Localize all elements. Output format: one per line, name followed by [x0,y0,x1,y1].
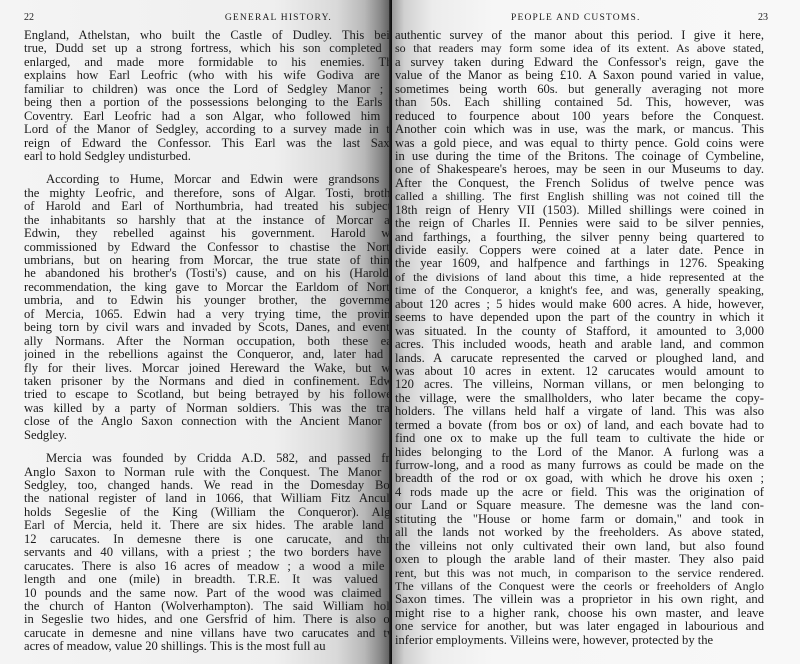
text-line: he abandoned his brother's (Tosti's) cau… [24,267,392,280]
text-line: Sedgley, too, changed hands. We read in … [24,479,392,492]
left-running-title: GENERAL HISTORY. [225,13,332,23]
right-page-number: 23 [758,12,768,23]
text-line: the mighty Leofric, and therefore, sons … [24,187,392,200]
text-line: the year 1609, and halfpence and farthin… [395,257,764,270]
paragraph: According to Hume, Morcar and Edwin were… [24,173,392,442]
text-line: reduced to fourpence about 100 years bef… [395,110,764,123]
text-line: the village, were the smallholders, who … [395,392,764,405]
text-line: rent, but this was not much, in comparis… [395,567,764,580]
text-line: seems to have depended upon the part of … [395,311,764,324]
text-line: Lord of the Manor of Sedgley, according … [24,123,392,136]
text-line: The villans of the Conquest were the ceo… [395,580,764,593]
text-line: the church of Hanton (Wolverhampton). Th… [24,600,392,613]
text-line: holds Segeslie of the King (William the … [24,506,392,519]
text-line: and farthings, a fourthing, the silver p… [395,231,764,244]
text-line: of Mercia, 1065. Edwin had a very trying… [24,308,392,321]
text-line: divide easily. Coppers were coined at a … [395,244,764,257]
text-line: umbria, and to Edwin his younger brother… [24,294,392,307]
right-page: PEOPLE AND CUSTOMS. 23 authentic survey … [392,0,800,664]
text-line: breadth of the rod or ox goad, with whic… [395,472,764,485]
text-line: oxen to plough the arable land of their … [395,553,764,566]
left-running-head: 22 GENERAL HISTORY. [24,12,392,26]
text-line: 10 pounds and the same now. Part of the … [24,587,392,600]
text-line: joined in the rebellions against the Con… [24,348,392,361]
text-line: in use during the time of the Britons. T… [395,150,764,163]
text-line: furrow-long, and a rood as many furrows … [395,459,764,472]
text-line: close of the Anglo Saxon connection with… [24,415,392,428]
text-line: Saxon times. The villein was a proprieto… [395,593,764,606]
text-line: Anglo Saxon to Norman rule with the Conq… [24,466,392,479]
text-line: 120 acres. The villeins, Norman villans,… [395,378,764,391]
text-line: our Land or Square measure. The demesne … [395,499,764,512]
text-line: about 120 acres ; 5 hides would make 600… [395,298,764,311]
text-line: servants and 40 villans, with a priest ;… [24,546,392,559]
text-line: commissioned by Edward the Confessor to … [24,241,392,254]
text-line: inferior employments. Villeins were, how… [395,634,764,647]
text-line: 4 rods made up the acre or field. This w… [395,486,764,499]
paragraph: authentic survey of the manor about this… [395,29,764,647]
text-line: umbrians, but on hearing from Morcar, th… [24,254,392,267]
text-line: called a shilling. The first English shi… [395,190,764,203]
text-line: holders. The villans held half a virgate… [395,405,764,418]
right-running-title: PEOPLE AND CUSTOMS. [511,13,641,23]
text-line: was killed by a party of Norman soldiers… [24,402,392,415]
text-line: of Harold and Earl of Northumbria, had t… [24,200,392,213]
text-line: the reign of Charles II. Pennies were sa… [395,217,764,230]
left-page: 22 GENERAL HISTORY. England, Athelstan, … [0,0,392,664]
text-line: so that readers may form some idea of it… [395,42,764,55]
text-line: length and one (mile) in breadth. T.R.E.… [24,573,392,586]
text-line: was situated. In the county of Stafford,… [395,325,764,338]
right-page-text: authentic survey of the manor about this… [395,29,764,647]
text-line: According to Hume, Morcar and Edwin were… [24,173,392,186]
text-line: Edwin, they rebelled against his governm… [24,227,392,240]
text-line: enlarged, and made more formidable to hi… [24,56,392,69]
text-line: Earl of Mercia, held it. There are six h… [24,519,392,532]
text-line: might rise to a higher rank, choose his … [395,607,764,620]
paragraph: England, Athelstan, who built the Castle… [24,29,392,163]
text-line: ally Normans. After the Norman occupatio… [24,335,392,348]
text-line: carucate in demesne and nine villans hav… [24,627,392,640]
text-line: stituting the "House or home farm or dom… [395,513,764,526]
text-line: authentic survey of the manor about this… [395,29,764,42]
text-line: Coventry. Earl Leofric had a son Algar, … [24,110,392,123]
text-line: carucates. There is also 16 acres of mea… [24,560,392,573]
text-line: was about 10 acres in extent. 12 carucat… [395,365,764,378]
right-running-head: PEOPLE AND CUSTOMS. 23 [395,12,768,26]
text-line: explains how Earl Leofric (who with his … [24,69,392,82]
text-line: of the divisions of land about this time… [395,271,764,284]
text-line: acres. This included woods, heath and ar… [395,338,764,351]
paragraph-gap [24,442,392,452]
text-line: 18th reign of Henry VII (1503). Milled s… [395,204,764,217]
text-line: 12 carucates. In demesne there is one ca… [24,533,392,546]
text-line: one of Shakespeare's heroes, may be seen… [395,163,764,176]
text-line: lands. A carucate represented the carved… [395,352,764,365]
text-line: reign of Edward the Confessor. This Earl… [24,137,392,150]
text-line: recommendation, the king gave to Morcar … [24,281,392,294]
text-line: in Segeslie two hides, and one Gersfrid … [24,613,392,626]
text-line: termed a bovate (from bos or ox) of land… [395,419,764,432]
paragraph: Mercia was founded by Cridda A.D. 582, a… [24,452,392,654]
text-line: Another coin which was in use, was the m… [395,123,764,136]
text-line: earl to hold Sedgley undisturbed. [24,150,392,163]
left-page-text: England, Athelstan, who built the Castle… [24,29,392,654]
text-line: hides belonging to the Lord of the Manor… [395,446,764,459]
text-line: value of the Manor as being £10. A Saxon… [395,69,764,82]
text-line: all the lands not worked by the freehold… [395,526,764,539]
text-line: After the Conquest, the French Solidus o… [395,177,764,190]
text-line: a survey taken during Edward the Confess… [395,56,764,69]
text-line: find one ox to make up the full team to … [395,432,764,445]
text-line: true, Dudd set up a strong fortress, whi… [24,42,392,55]
text-line: the villeins not only cultivated their o… [395,540,764,553]
text-line: being torn by civil wars and invaded by … [24,321,392,334]
text-line: Mercia was founded by Cridda A.D. 582, a… [24,452,392,465]
book-spread: 22 GENERAL HISTORY. England, Athelstan, … [0,0,800,664]
text-line: tried to escape to Scotland, but being b… [24,388,392,401]
text-line: one service for another, but was later e… [395,620,764,633]
text-line: the national register of land in 1066, t… [24,492,392,505]
text-line: was a gold piece, and was equal to thirt… [395,137,764,150]
text-line: the inhabitants so harshly that at the i… [24,214,392,227]
text-line: acres of meadow, value 20 shillings. Thi… [24,640,392,653]
text-line: time of the Conqueror, a knight's fee, a… [395,284,764,297]
text-line: than 50s. Each shilling contained 5d. Th… [395,96,764,109]
text-line: familiar to children) was once the Lord … [24,83,392,96]
text-line: being then a portion of the possessions … [24,96,392,109]
paragraph-gap [24,163,392,173]
text-line: fly for their lives. Morcar joined Herew… [24,362,392,375]
text-line: taken prisoner by the Normans and died i… [24,375,392,388]
text-line: England, Athelstan, who built the Castle… [24,29,392,42]
left-page-number: 22 [24,12,34,23]
text-line: sometimes being worth 60s. but generally… [395,83,764,96]
text-line: Sedgley. [24,429,392,442]
